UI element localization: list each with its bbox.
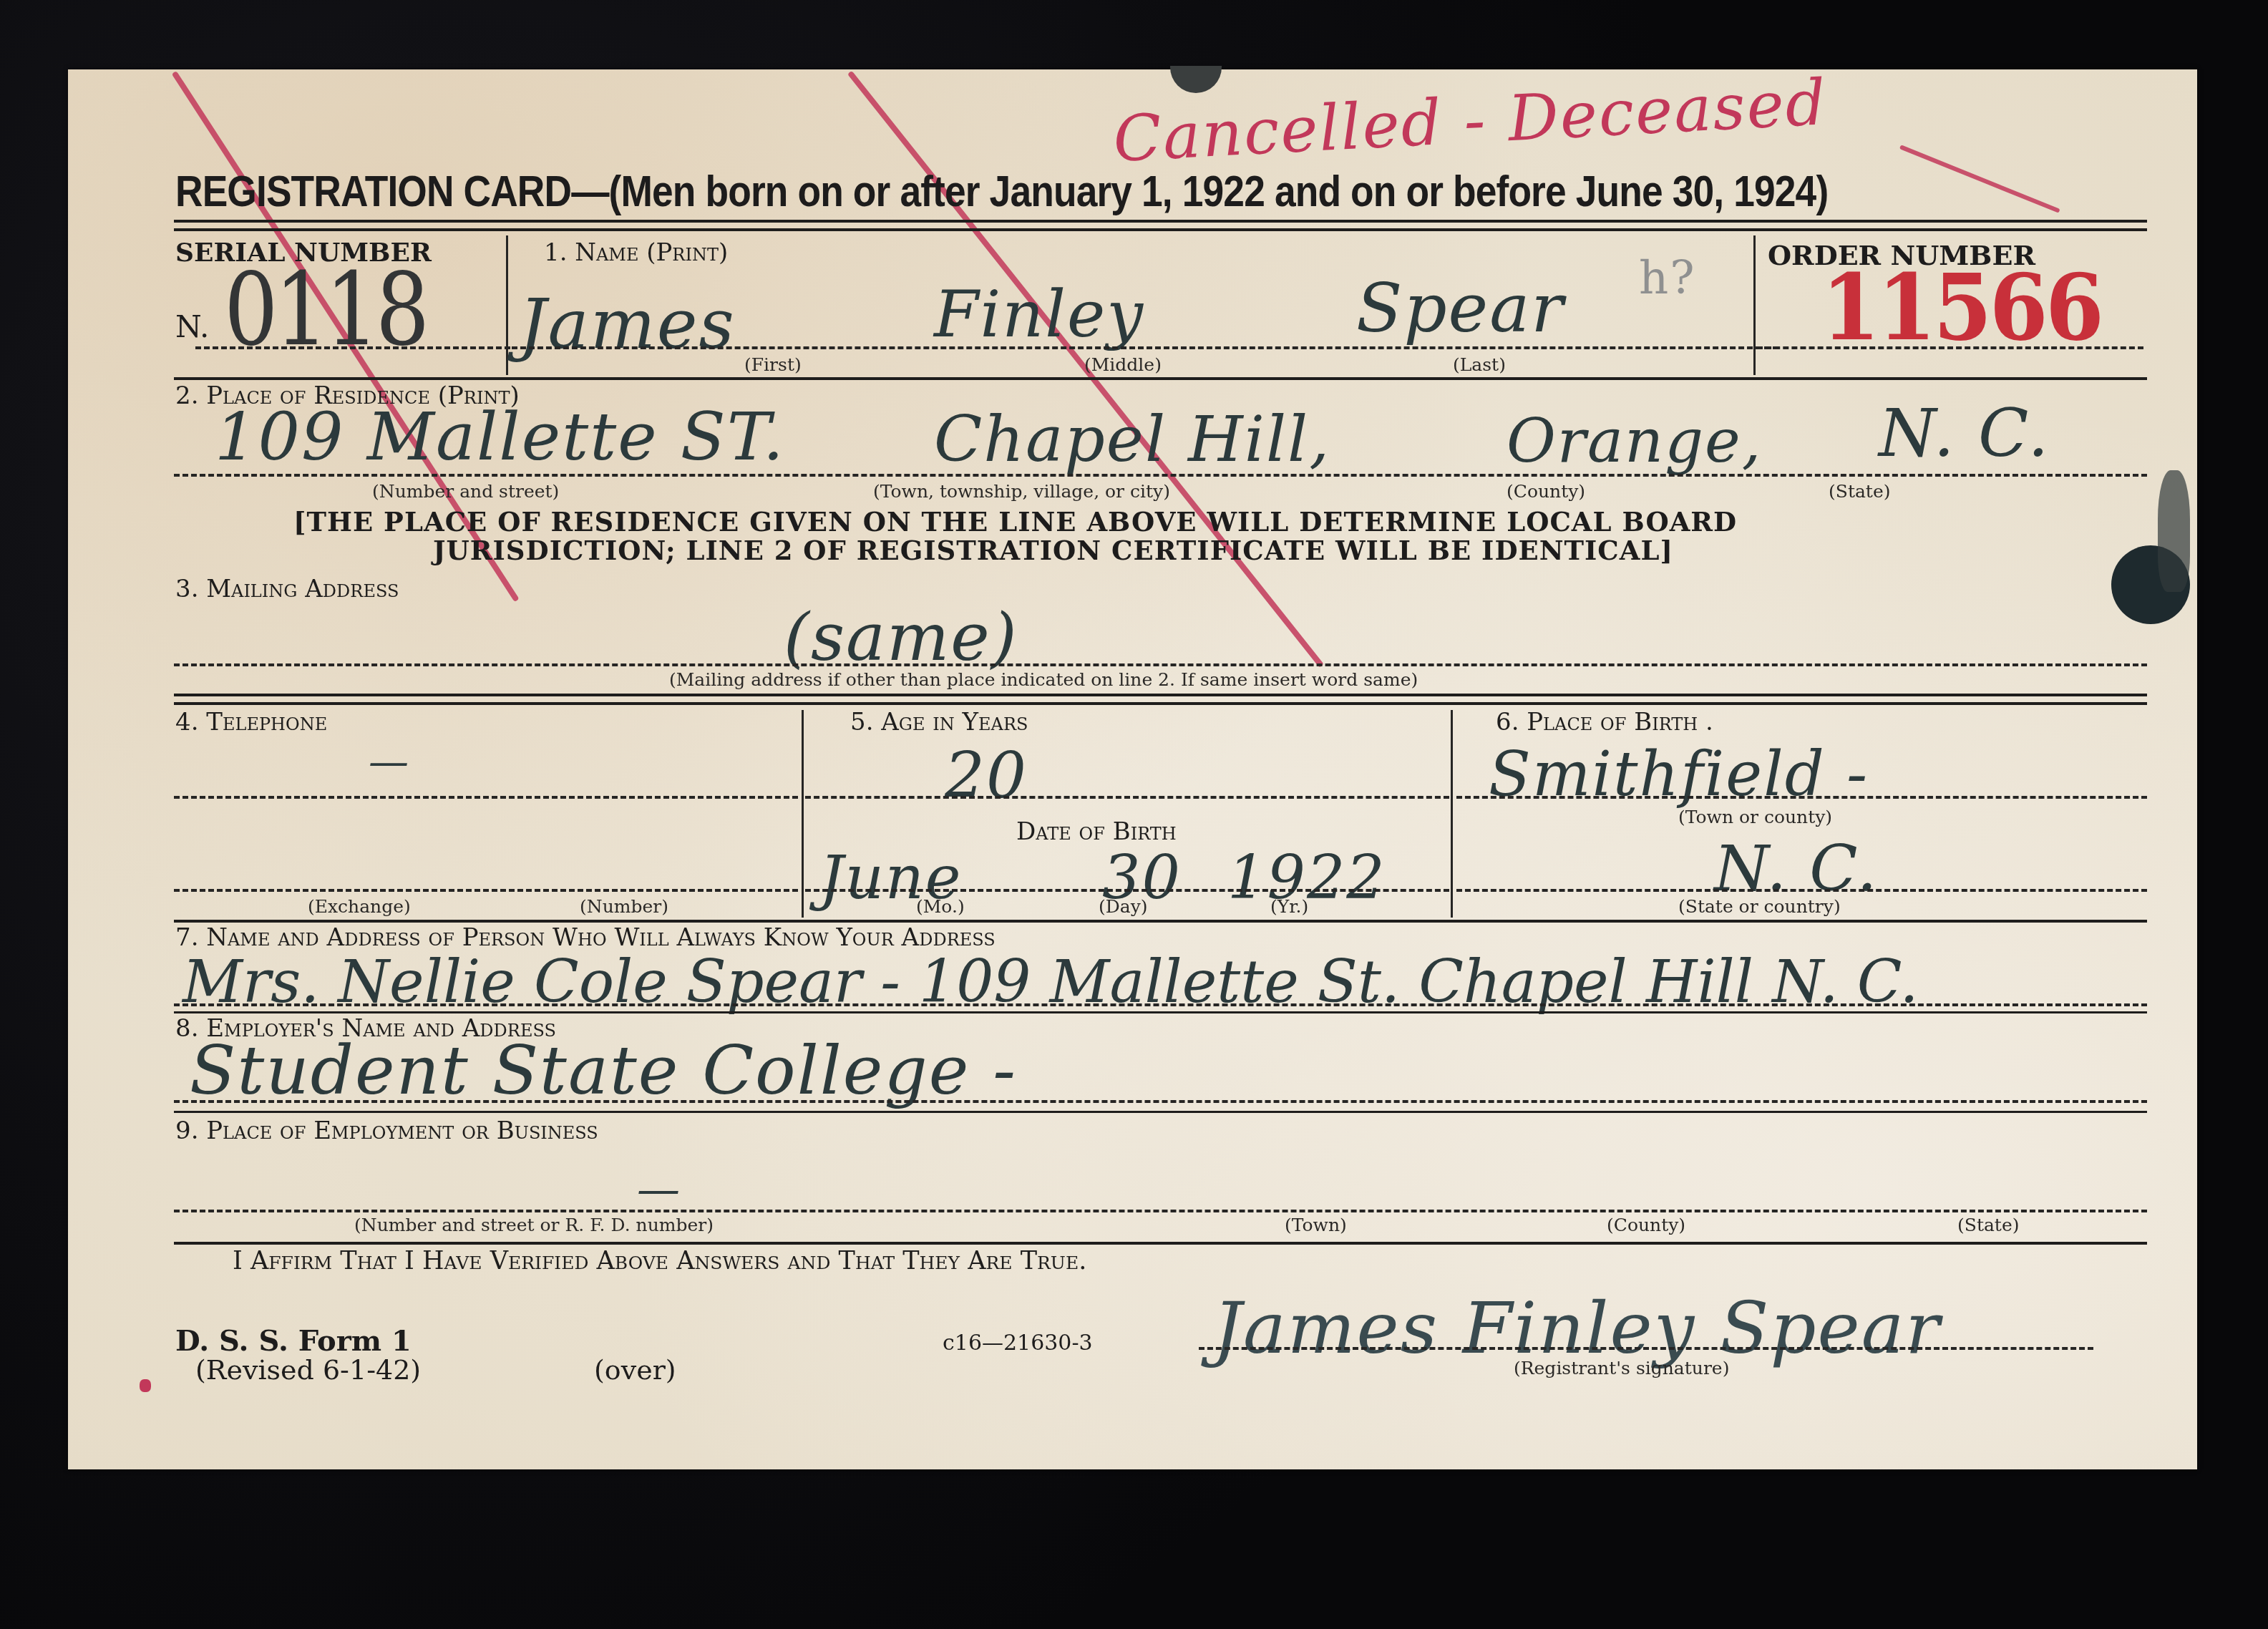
residence-street: 109 Mallette ST. (215, 399, 785, 475)
form-revised: (Revised 6-1-42) (195, 1354, 421, 1386)
ink-blot-smear (2158, 470, 2190, 592)
red-ink-speck (140, 1379, 151, 1392)
caption-town: (Town, township, village, or city) (873, 481, 1170, 502)
employer-underline (174, 1100, 2147, 1103)
employment-underline (174, 1210, 2147, 1212)
residence-town: Chapel Hill, (934, 402, 1330, 476)
age-value: 20 (945, 739, 1028, 812)
caption-middle: (Middle) (1084, 354, 1162, 375)
name-label: 1. Name (Print) (544, 238, 728, 267)
caption-county: (County) (1507, 481, 1585, 502)
serial-divider (506, 235, 508, 375)
order-divider (1753, 235, 1756, 375)
name-underline (512, 346, 1778, 349)
signature-underline (1199, 1347, 2093, 1350)
dob-underline (805, 889, 1449, 892)
row8-bottom-rule (174, 1111, 2147, 1113)
telephone-label: 4. Telephone (175, 708, 327, 736)
residence-state: N. C. (1879, 395, 2050, 472)
annotation-underline (1899, 145, 2060, 213)
caption-year: (Yr.) (1270, 896, 1308, 917)
residence-county: Orange, (1507, 406, 1762, 476)
serial-prefix: N. (175, 309, 209, 344)
title-rule-1 (174, 220, 2147, 223)
row6-bottom-rule (174, 920, 2147, 923)
order-number-value: 11566 (1821, 254, 2101, 361)
caption-birth-state: (State or country) (1678, 896, 1841, 917)
birthplace-town: Smithfield - (1489, 739, 1869, 810)
age-label: 5. Age in Years (850, 708, 1028, 736)
order-underline (1757, 346, 2143, 349)
ink-blot-top (1170, 66, 1222, 93)
birthplace-underline-1 (1456, 796, 2147, 799)
caption-exchange: (Exchange) (308, 896, 411, 917)
telephone-underline-2 (174, 889, 798, 892)
row9-bottom-rule (174, 1242, 2147, 1245)
telephone-value: — (369, 739, 410, 785)
dob-label: Date of Birth (1016, 817, 1177, 846)
caption-first: (First) (744, 354, 802, 375)
caption-birth-town: (Town or county) (1678, 807, 1832, 827)
birthplace-label: 6. Place of Birth . (1496, 708, 1713, 736)
form-number: D. S. S. Form 1 (175, 1324, 412, 1358)
caption-last: (Last) (1453, 354, 1506, 375)
mailing-underline (174, 663, 2147, 666)
caption-phone-number: (Number) (580, 896, 668, 917)
caption-emp-state: (State) (1957, 1215, 2019, 1235)
title-rule-2 (174, 228, 2147, 231)
row7-bottom-rule (174, 1011, 2147, 1013)
row3-rule-1 (174, 694, 2147, 696)
print-code: c16—21630-3 (943, 1331, 1093, 1356)
registration-card: Cancelled - Deceased REGISTRATION CARD—(… (68, 69, 2197, 1469)
caption-month: (Mo.) (916, 896, 965, 917)
employment-place-label: 9. Place of Employment or Business (175, 1117, 598, 1145)
form-over: (over) (594, 1354, 676, 1386)
affirmation-text: I Affirm That I Have Verified Above Answ… (233, 1247, 1086, 1275)
caption-day: (Day) (1099, 896, 1148, 917)
caption-emp-town: (Town) (1285, 1215, 1347, 1235)
name-first: James (519, 284, 736, 364)
birthplace-underline-2 (1456, 889, 2147, 892)
row1-bottom-rule (174, 377, 2147, 380)
mailing-address-label: 3. Mailing Address (175, 575, 399, 603)
contact-label: 7. Name and Address of Person Who Will A… (175, 923, 996, 952)
signature-caption: (Registrant's signature) (1514, 1358, 1729, 1378)
row3-rule-2 (174, 702, 2147, 705)
telephone-underline-1 (174, 796, 798, 799)
name-pencil-mark: h? (1639, 252, 1696, 305)
employment-place-value: — (637, 1164, 681, 1215)
caption-emp-county: (County) (1607, 1215, 1685, 1235)
name-last: Spear (1356, 270, 1564, 348)
cancelled-annotation: Cancelled - Deceased (1111, 65, 1829, 176)
residence-underline (174, 474, 2147, 477)
mailing-caption: (Mailing address if other than place ind… (669, 669, 1418, 690)
telephone-divider (802, 710, 804, 918)
contact-underline (174, 1003, 2147, 1006)
caption-state: (State) (1829, 481, 1890, 502)
serial-number-value: 0118 (224, 252, 426, 369)
caption-emp-street: (Number and street or R. F. D. number) (354, 1215, 714, 1235)
card-title: REGISTRATION CARD—(Men born on or after … (175, 166, 1828, 217)
age-underline (805, 796, 1449, 799)
serial-underline (195, 346, 510, 349)
birthplace-state: N. C. (1714, 832, 1878, 905)
residence-notice-line1: [THE PLACE OF RESIDENCE GIVEN ON THE LIN… (293, 506, 1737, 538)
age-divider (1451, 710, 1453, 918)
caption-street: (Number and street) (372, 481, 559, 502)
employer-value: Student State College - (190, 1032, 1017, 1110)
residence-notice-line2: JURISDICTION; LINE 2 OF REGISTRATION CER… (433, 535, 1673, 566)
name-middle: Finley (934, 277, 1144, 352)
